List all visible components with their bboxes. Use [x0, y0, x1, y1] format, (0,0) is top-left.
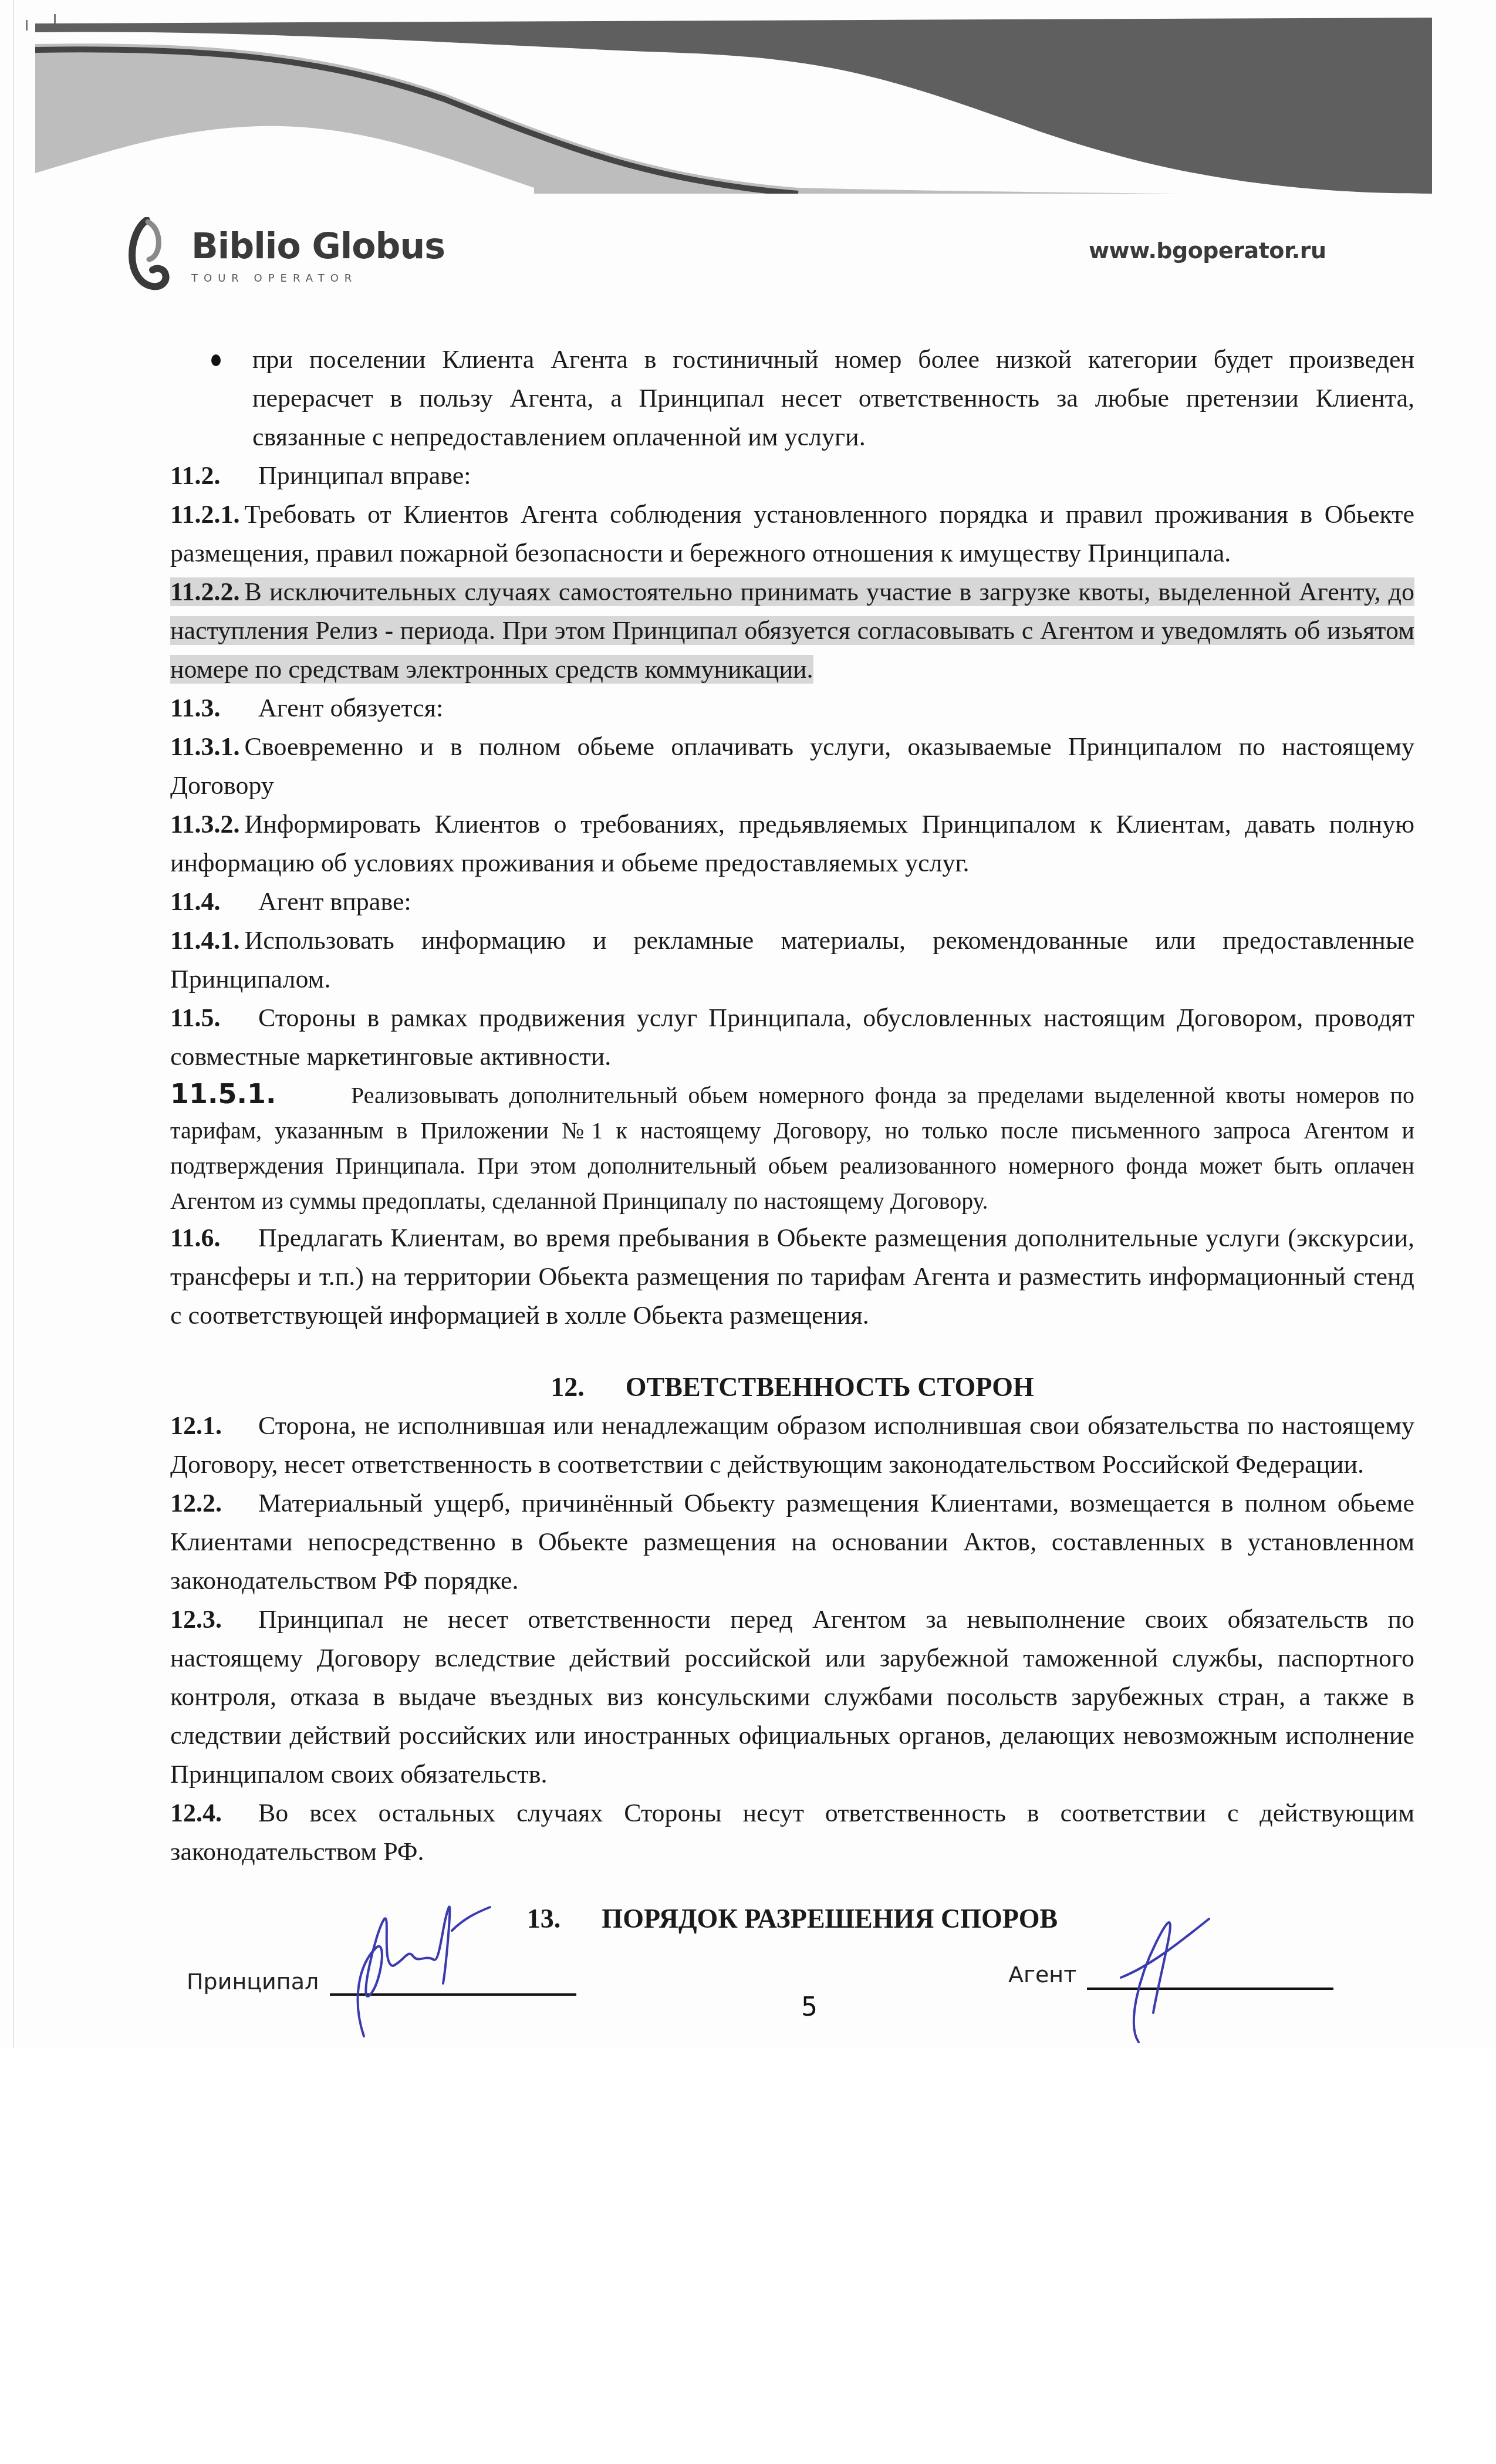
- clause-text: Требовать от Клиентов Агента соблюдения …: [170, 500, 1414, 567]
- bullet-list-item: при поселении Клиента Агента в гостиничн…: [170, 340, 1414, 457]
- brand-logo: Biblio Globus TOUR OPERATOR: [123, 217, 445, 290]
- clause-number: 12.1.: [170, 1407, 258, 1445]
- clause-11-5: 11.5.Стороны в рамках продвижения услуг …: [170, 999, 1414, 1076]
- clause-text: В исключительных случаях самостоятельно …: [170, 577, 1414, 684]
- clause-11-3: 11.3.Агент обязуется:: [170, 689, 1414, 728]
- clause-text: Информировать Клиентов о требованиях, пр…: [170, 810, 1414, 877]
- page-number: 5: [801, 1992, 818, 2022]
- clause-12-3: 12.3.Принципал не несет ответственности …: [170, 1600, 1414, 1794]
- clause-text: Предлагать Клиентам, во время пребывания…: [170, 1223, 1414, 1330]
- section-title: ОТВЕТСТВЕННОСТЬ СТОРОН: [626, 1372, 1034, 1402]
- clause-11-5-1: 11.5.1.Реализовывать дополнительный обье…: [170, 1076, 1414, 1219]
- clause-number: 11.3.1.: [170, 732, 240, 761]
- section-title: ПОРЯДОК РАЗРЕШЕНИЯ СПОРОВ: [602, 1904, 1058, 1934]
- signature-row: Принципал Агент: [0, 1969, 1496, 2004]
- bullet-icon: [211, 354, 221, 366]
- clause-text: Сторона, не исполнившая или ненадлежащим…: [170, 1411, 1414, 1479]
- clause-text: Материальный ущерб, причинённый Обьекту …: [170, 1489, 1414, 1595]
- section-number: 13.: [527, 1899, 561, 1938]
- clause-11-4: 11.4.Агент вправе:: [170, 883, 1414, 921]
- section-12-heading: 12.ОТВЕТСТВЕННОСТЬ СТОРОН: [170, 1368, 1414, 1407]
- document-page: Biblio Globus TOUR OPERATOR www.bgoperat…: [0, 0, 1496, 2048]
- agent-label: Агент: [1008, 1962, 1076, 1988]
- clause-number: 12.2.: [170, 1484, 258, 1523]
- clause-11-4-1: 11.4.1.Использовать информацию и рекламн…: [170, 921, 1414, 999]
- scan-artifact: [26, 20, 28, 31]
- clause-11-2-2: 11.2.2.В исключительных случаях самостоя…: [170, 573, 1414, 689]
- highlighted-text: 11.2.2.В исключительных случаях самостоя…: [170, 577, 1414, 684]
- clause-11-6: 11.6.Предлагать Клиентам, во время пребы…: [170, 1219, 1414, 1335]
- clause-number: 11.3.: [170, 689, 258, 728]
- principal-label: Принципал: [187, 1969, 319, 1995]
- page-edge: [13, 0, 14, 2048]
- document-body: при поселении Клиента Агента в гостиничн…: [170, 340, 1414, 1938]
- clause-number: 12.4.: [170, 1794, 258, 1833]
- brand-tagline: TOUR OPERATOR: [191, 272, 445, 285]
- clause-number: 11.5.1.: [170, 1076, 346, 1111]
- clause-12-1: 12.1.Сторона, не исполнившая или ненадле…: [170, 1407, 1414, 1484]
- clause-number: 11.2.1.: [170, 500, 240, 529]
- clause-11-3-1: 11.3.1.Своевременно и в полном обьеме оп…: [170, 728, 1414, 805]
- clause-number: 11.6.: [170, 1219, 258, 1258]
- clause-number: 11.4.1.: [170, 926, 240, 955]
- bullet-text: при поселении Клиента Агента в гостиничн…: [252, 345, 1414, 451]
- clause-number: 11.2.2.: [170, 577, 240, 606]
- clause-12-4: 12.4.Во всех остальных случаях Стороны н…: [170, 1794, 1414, 1871]
- principal-signature: [340, 1895, 516, 2048]
- clause-text: Использовать информацию и рекламные мате…: [170, 926, 1414, 993]
- clause-number: 11.4.: [170, 883, 258, 921]
- clause-number: 11.2.: [170, 457, 258, 495]
- clause-text: Агент обязуется:: [258, 694, 443, 722]
- section-number: 12.: [551, 1368, 585, 1407]
- clause-text: Принципал вправе:: [258, 461, 471, 490]
- clause-text: Стороны в рамках продвижения услуг Принц…: [170, 1003, 1414, 1071]
- clause-number: 11.5.: [170, 999, 258, 1037]
- clause-text: Агент вправе:: [258, 887, 411, 916]
- website-url[interactable]: www.bgoperator.ru: [1089, 238, 1326, 263]
- clause-number: 11.3.2.: [170, 810, 240, 839]
- clause-number: 12.3.: [170, 1600, 258, 1639]
- clause-11-2: 11.2.Принципал вправе:: [170, 457, 1414, 495]
- clause-text: Во всех остальных случаях Стороны несут …: [170, 1799, 1414, 1866]
- clause-11-2-1: 11.2.1.Требовать от Клиентов Агента собл…: [170, 495, 1414, 573]
- agent-signature: [1103, 1907, 1256, 2048]
- clause-12-2: 12.2.Материальный ущерб, причинённый Обь…: [170, 1484, 1414, 1600]
- header-wave-band: [35, 18, 1432, 194]
- clause-text: Реализовывать дополнительный обьем номер…: [170, 1082, 1414, 1214]
- clause-text: Своевременно и в полном обьеме оплачиват…: [170, 732, 1414, 800]
- clause-11-3-2: 11.3.2.Информировать Клиентов о требован…: [170, 805, 1414, 883]
- brand-name: Biblio Globus: [191, 229, 445, 264]
- clause-text: Принципал не несет ответственности перед…: [170, 1605, 1414, 1789]
- biblio-globus-logo-icon: [123, 217, 182, 290]
